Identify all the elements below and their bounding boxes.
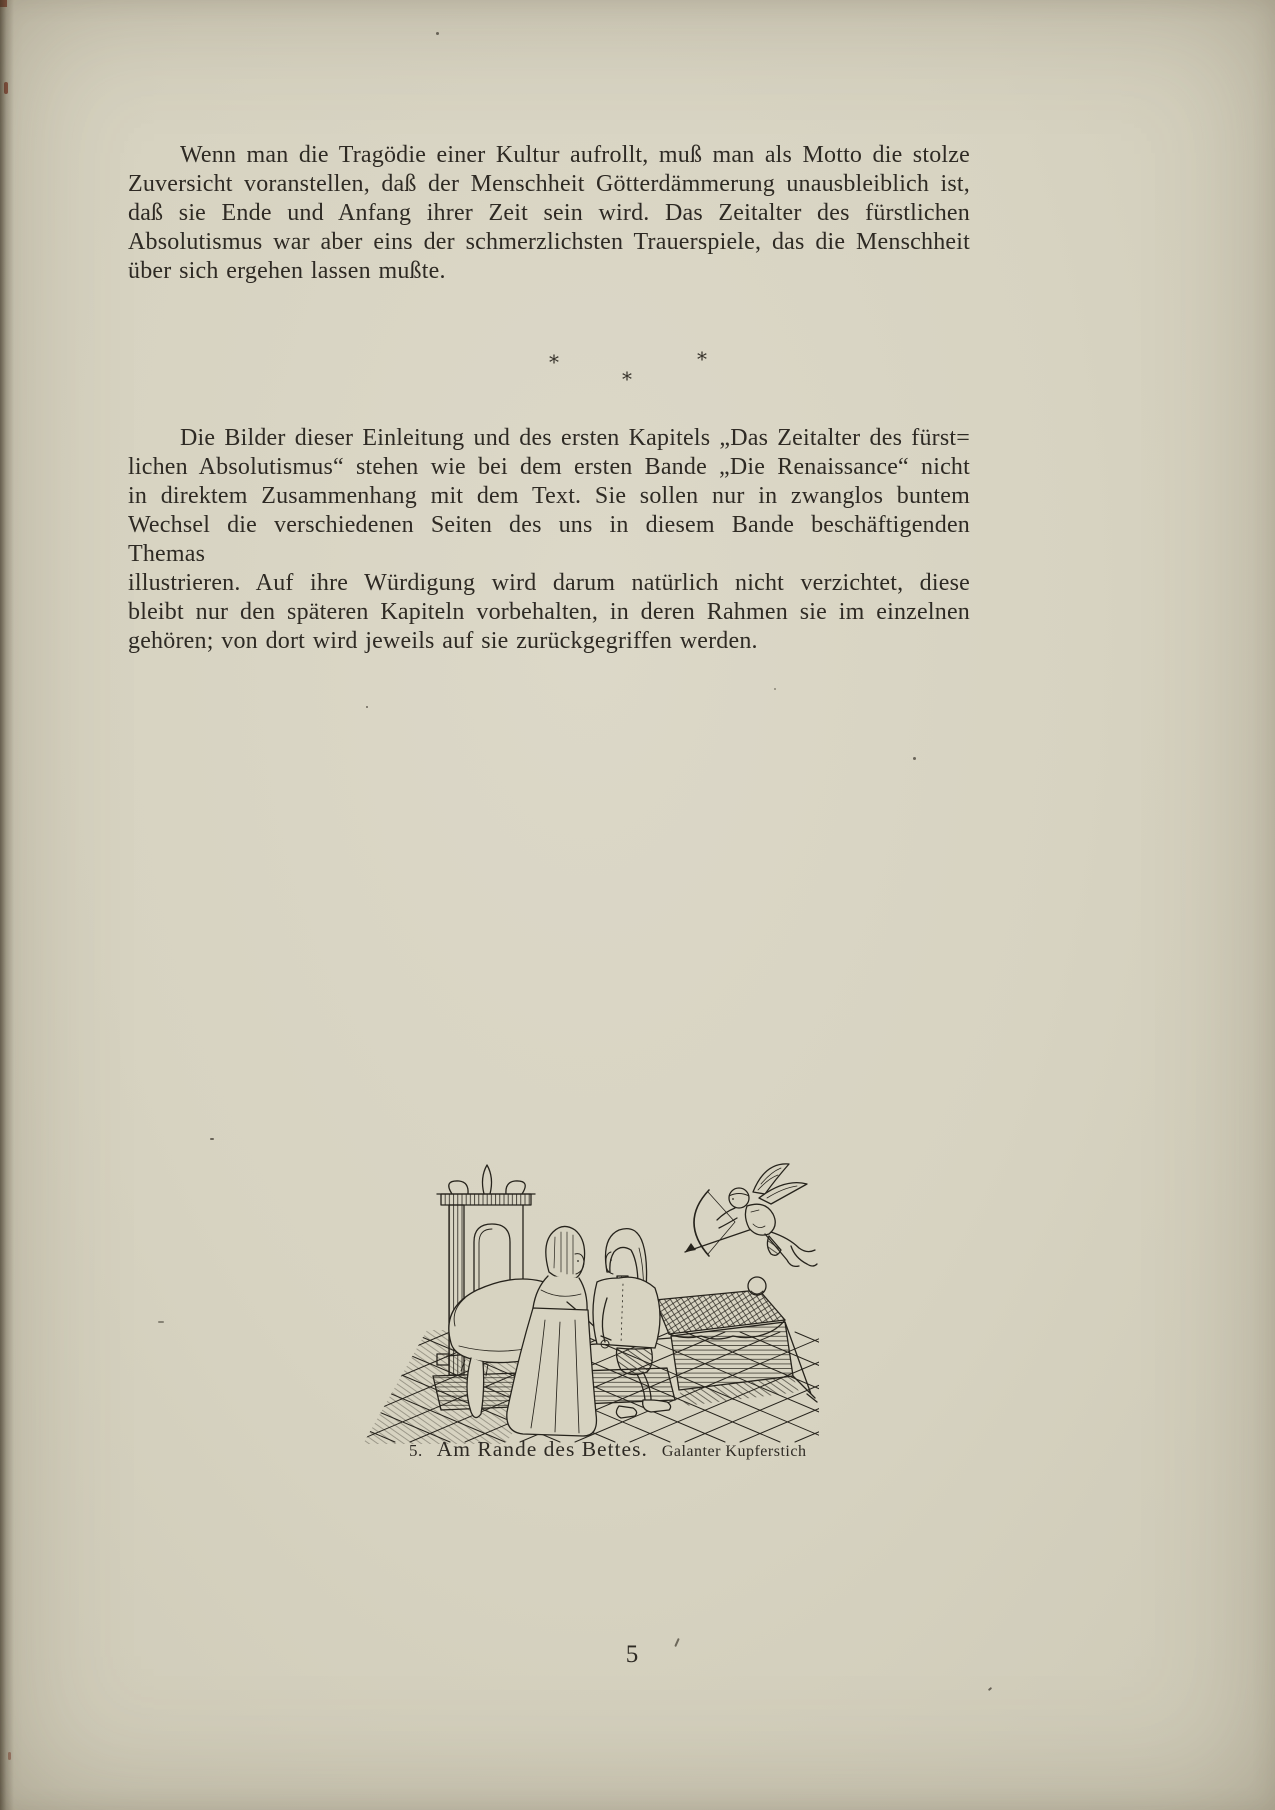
- scan-speck: [436, 32, 439, 35]
- figure-number: 5.: [409, 1441, 423, 1461]
- scan-speck: [913, 757, 916, 760]
- scan-speck: [774, 688, 776, 690]
- text-line: Wechsel die verschiedenen Seiten des uns…: [128, 511, 970, 569]
- asterisk-ornament: *: [549, 352, 559, 372]
- engraving-illustration: [355, 1150, 825, 1445]
- scan-mark: [674, 1638, 679, 1647]
- scan-speck: [988, 1687, 992, 1691]
- text-line: gehören; von dort wird jeweils auf sie z…: [128, 627, 970, 656]
- figure-caption: 5. Am Rande des Bettes. Galanter Kupfers…: [409, 1437, 806, 1462]
- figure-title: Am Rande des Bettes.: [437, 1437, 648, 1462]
- text-line: in direktem Zusammenhang mit dem Text. S…: [128, 482, 970, 511]
- text-line: Wenn man die Tragödie einer Kultur aufro…: [128, 141, 970, 170]
- text-line: illustrieren. Auf ihre Würdigung wird da…: [128, 569, 970, 598]
- text-line: daß sie Ende und Anfang ihrer Zeit sein …: [128, 199, 970, 228]
- book-page: Wenn man die Tragödie einer Kultur aufro…: [0, 0, 1275, 1810]
- scan-speck: [366, 706, 368, 708]
- text-line: über sich ergehen lassen mußte.: [128, 257, 970, 286]
- text-line: bleibt nur den späteren Kapiteln vorbeha…: [128, 598, 970, 627]
- figure-subtitle: Galanter Kupferstich: [662, 1443, 807, 1461]
- text-line: lichen Absolutismus“ stehen wie bei dem …: [128, 453, 970, 482]
- scan-speck: [158, 1321, 164, 1323]
- paragraph-1: Wenn man die Tragödie einer Kultur aufro…: [128, 141, 970, 286]
- text-line: Absolutismus war aber eins der schmerzli…: [128, 228, 970, 257]
- page-gutter-shadow: [0, 0, 14, 1810]
- bed-coverlet: [655, 1277, 817, 1406]
- cupid-figure: [685, 1164, 817, 1267]
- text-line: Die Bilder dieser Einleitung und des ers…: [128, 424, 970, 453]
- text-line: Zuversicht voranstellen, daß der Menschh…: [128, 170, 970, 199]
- page-number: 5: [612, 1641, 652, 1669]
- paragraph-2: Die Bilder dieser Einleitung und des ers…: [128, 424, 970, 656]
- asterisk-ornament: *: [622, 369, 632, 389]
- scan-speck: [210, 1138, 214, 1140]
- asterisk-ornament: *: [697, 349, 707, 369]
